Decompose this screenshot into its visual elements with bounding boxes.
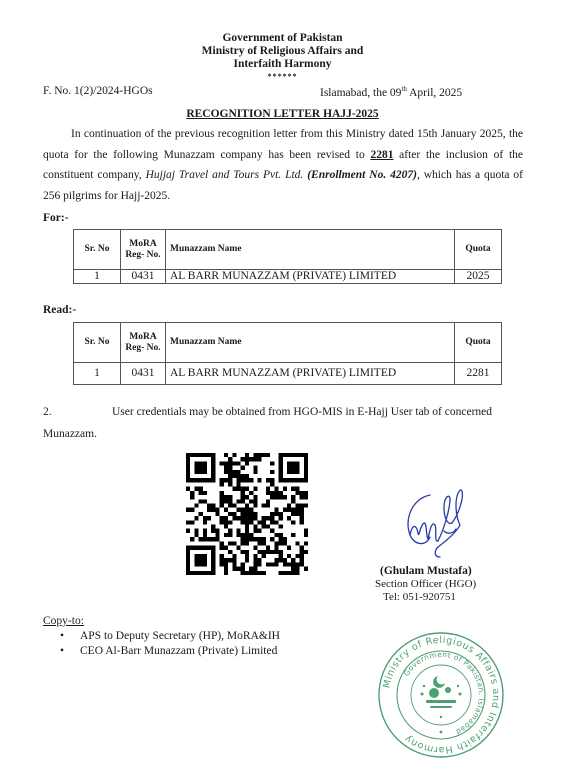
read-label: Read:- bbox=[43, 304, 76, 316]
copy-to-label: Copy-to: bbox=[43, 615, 84, 627]
signatory-name: (Ghulam Mustafa) bbox=[380, 565, 472, 577]
cell-sr-no: 1 bbox=[74, 270, 121, 284]
cell-sr-no: 1 bbox=[74, 363, 121, 385]
file-number: F. No. 1(2)/2024-HGOs bbox=[43, 85, 153, 97]
qr-code-icon bbox=[186, 453, 308, 575]
paragraph-2-continuation: Munazzam. bbox=[43, 428, 97, 440]
revised-quota: 2281 bbox=[370, 149, 393, 161]
letterhead-separator: ****** bbox=[0, 73, 565, 81]
quota-table-for: Sr. No MoRA Reg- No. Munazzam Name Quota… bbox=[73, 229, 502, 284]
cell-quota: 2281 bbox=[455, 363, 502, 385]
constituent-company: Hujjaj Travel and Tours Pvt. Ltd. bbox=[146, 169, 304, 181]
header-quota: Quota bbox=[455, 323, 502, 363]
signature-icon bbox=[400, 485, 480, 567]
table-row: 1 0431 AL BARR MUNAZZAM (PRIVATE) LIMITE… bbox=[74, 270, 502, 284]
cell-reg-no: 0431 bbox=[121, 270, 166, 284]
svg-text:Government of Pakistan, Islama: Government of Pakistan, Islamabad bbox=[402, 650, 486, 737]
list-item: CEO Al-Barr Munazzam (Private) Limited bbox=[58, 644, 280, 659]
paragraph-2-text: User credentials may be obtained from HG… bbox=[112, 406, 532, 418]
table-row: 1 0431 AL BARR MUNAZZAM (PRIVATE) LIMITE… bbox=[74, 363, 502, 385]
header-munazzam-name: Munazzam Name bbox=[166, 323, 455, 363]
table-header-row: Sr. No MoRA Reg- No. Munazzam Name Quota bbox=[74, 323, 502, 363]
cell-reg-no: 0431 bbox=[121, 363, 166, 385]
paragraph-1: In continuation of the previous recognit… bbox=[43, 124, 523, 206]
header-quota: Quota bbox=[455, 230, 502, 270]
signatory-designation: Section Officer (HGO) bbox=[375, 578, 476, 590]
place-date: Islamabad, the 09th April, 2025 bbox=[320, 85, 462, 99]
header-sr-no: Sr. No bbox=[74, 323, 121, 363]
header-munazzam-name: Munazzam Name bbox=[166, 230, 455, 270]
letterhead-government: Government of Pakistan bbox=[0, 32, 565, 45]
header-sr-no: Sr. No bbox=[74, 230, 121, 270]
signatory-phone: Tel: 051-920751 bbox=[383, 591, 456, 603]
for-label: For:- bbox=[43, 212, 69, 224]
cell-munazzam-name: AL BARR MUNAZZAM (PRIVATE) LIMITED bbox=[166, 363, 455, 385]
cell-quota: 2025 bbox=[455, 270, 502, 284]
paragraph-2-number: 2. bbox=[43, 406, 52, 418]
copy-to-list: APS to Deputy Secretary (HP), MoRA&IH CE… bbox=[58, 629, 280, 659]
letter-title: RECOGNITION LETTER HAJJ-2025 bbox=[0, 108, 565, 120]
letterhead-ministry-cont: Interfaith Harmony bbox=[0, 58, 565, 71]
enrollment-number: (Enrollment No. 4207) bbox=[303, 169, 417, 181]
table-header-row: Sr. No MoRA Reg- No. Munazzam Name Quota bbox=[74, 230, 502, 270]
header-reg-no: MoRA Reg- No. bbox=[121, 323, 166, 363]
letterhead-ministry: Ministry of Religious Affairs and bbox=[0, 45, 565, 58]
list-item: APS to Deputy Secretary (HP), MoRA&IH bbox=[58, 629, 280, 644]
quota-table-read: Sr. No MoRA Reg- No. Munazzam Name Quota… bbox=[73, 322, 502, 385]
official-seal-icon: Ministry of Religious Affairs and Interf… bbox=[374, 628, 508, 762]
header-reg-no: MoRA Reg- No. bbox=[121, 230, 166, 270]
cell-munazzam-name: AL BARR MUNAZZAM (PRIVATE) LIMITED bbox=[166, 270, 455, 284]
